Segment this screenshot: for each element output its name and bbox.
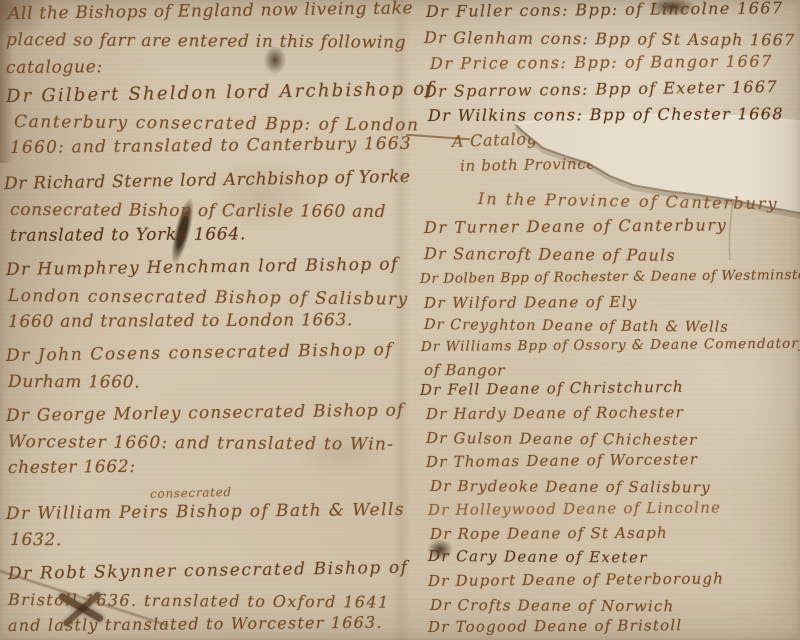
manuscript-line: Dr Wilkins cons: Bpp of Chester 1668 [428,106,784,124]
manuscript-line: 1660 and translated to London 1663. [8,312,353,331]
manuscript-line: Dr Williams Bpp of Ossory & Deane Comend… [421,338,800,355]
manuscript-line: In the Province of Canterbury [478,191,779,212]
manuscript-line: in both Provinces [460,156,605,174]
manuscript-line: catalogue: [6,59,103,77]
manuscript-line: Bristoll 1636. translated to Oxford 1641 [8,592,390,611]
manuscript-line: Dr Wilford Deane of Ely [424,295,638,311]
manuscript-line: Dr Sparrow cons: Bpp of Exeter 1667 [424,79,778,100]
manuscript-line: All the Bishops of England now liveing t… [8,0,414,23]
manuscript-page: A Catalog in both Provinces All the Bish… [0,0,800,640]
manuscript-line: Dr Humphrey Henchman lord Bishop of [6,257,399,279]
manuscript-line: 1660: and translated to Canterbury 1663 [10,136,412,157]
manuscript-line: London consecrated Bishop of Salisbury [8,288,409,308]
manuscript-line: Dr Robt Skynner consecrated Bishop of [8,560,409,583]
manuscript-line: Dr Crofts Deane of Norwich [430,598,674,614]
manuscript-line: Dr Richard Sterne lord Archbishop of Yor… [4,169,411,193]
manuscript-line: Dr Dolben Bpp of Rochester & Deane of We… [420,269,800,287]
manuscript-line: Dr Hardy Deane of Rochester [426,405,684,422]
manuscript-line: Dr Fuller cons: Bpp: of Lincolne 1667 [426,0,784,20]
manuscript-line: Dr Brydeoke Deane of Salisbury [430,479,711,495]
manuscript-line: Worcester 1660: and translated to Win- [8,434,394,454]
manuscript-line: Durham 1660. [8,374,140,391]
manuscript-line: Dr Glenham cons: Bpp of St Asaph 1667 [424,30,796,49]
manuscript-line: consecrated Bishop of Carlisle 1660 and [10,202,386,221]
manuscript-line: Dr Price cons: Bpp: of Bangor 1667 [430,54,773,72]
manuscript-line: Dr Gulson Deane of Chichester [426,431,698,448]
manuscript-line: A Catalog [452,131,538,150]
manuscript-line: Dr William Peirs Bishop of Bath & Wells [6,502,405,523]
manuscript-line: Dr Toogood Deane of Bristoll [428,618,682,635]
manuscript-line: Dr Duport Deane of Peterborough [428,571,724,589]
manuscript-line: Dr Rope Deane of St Asaph [430,526,668,542]
manuscript-line: of Bangor [424,363,505,378]
manuscript-line: 1632. [10,532,62,549]
manuscript-line: placed so farr are entered in this follo… [6,32,406,52]
manuscript-line: and lastly translated to Worcester 1663. [8,615,383,634]
manuscript-interline: consecrated [150,486,232,500]
manuscript-line: Dr George Morley consecrated Bishop of [6,402,405,425]
manuscript-line: Dr John Cosens consecrated Bishop of [6,342,394,365]
manuscript-line: Dr Thomas Deane of Worcester [426,452,698,470]
manuscript-line: Canterbury consecrated Bpp: of London [14,114,420,135]
manuscript-line: Dr Turner Deane of Canterbury [424,217,727,236]
manuscript-line: chester 1662: [8,459,136,477]
manuscript-line: Dr Cary Deane of Exeter [428,549,648,566]
manuscript-line: translated to Yorke 1664. [10,226,246,245]
manuscript-line: Dr Fell Deane of Christchurch [420,380,684,398]
manuscript-line: Dr Gilbert Sheldon lord Archbishop of [6,81,435,106]
manuscript-line: Dr Holleywood Deane of Lincolne [428,500,721,518]
manuscript-line: Dr Creyghton Deane of Bath & Wells [424,318,729,335]
manuscript-line: Dr Sancroft Deane of Pauls [424,246,676,264]
